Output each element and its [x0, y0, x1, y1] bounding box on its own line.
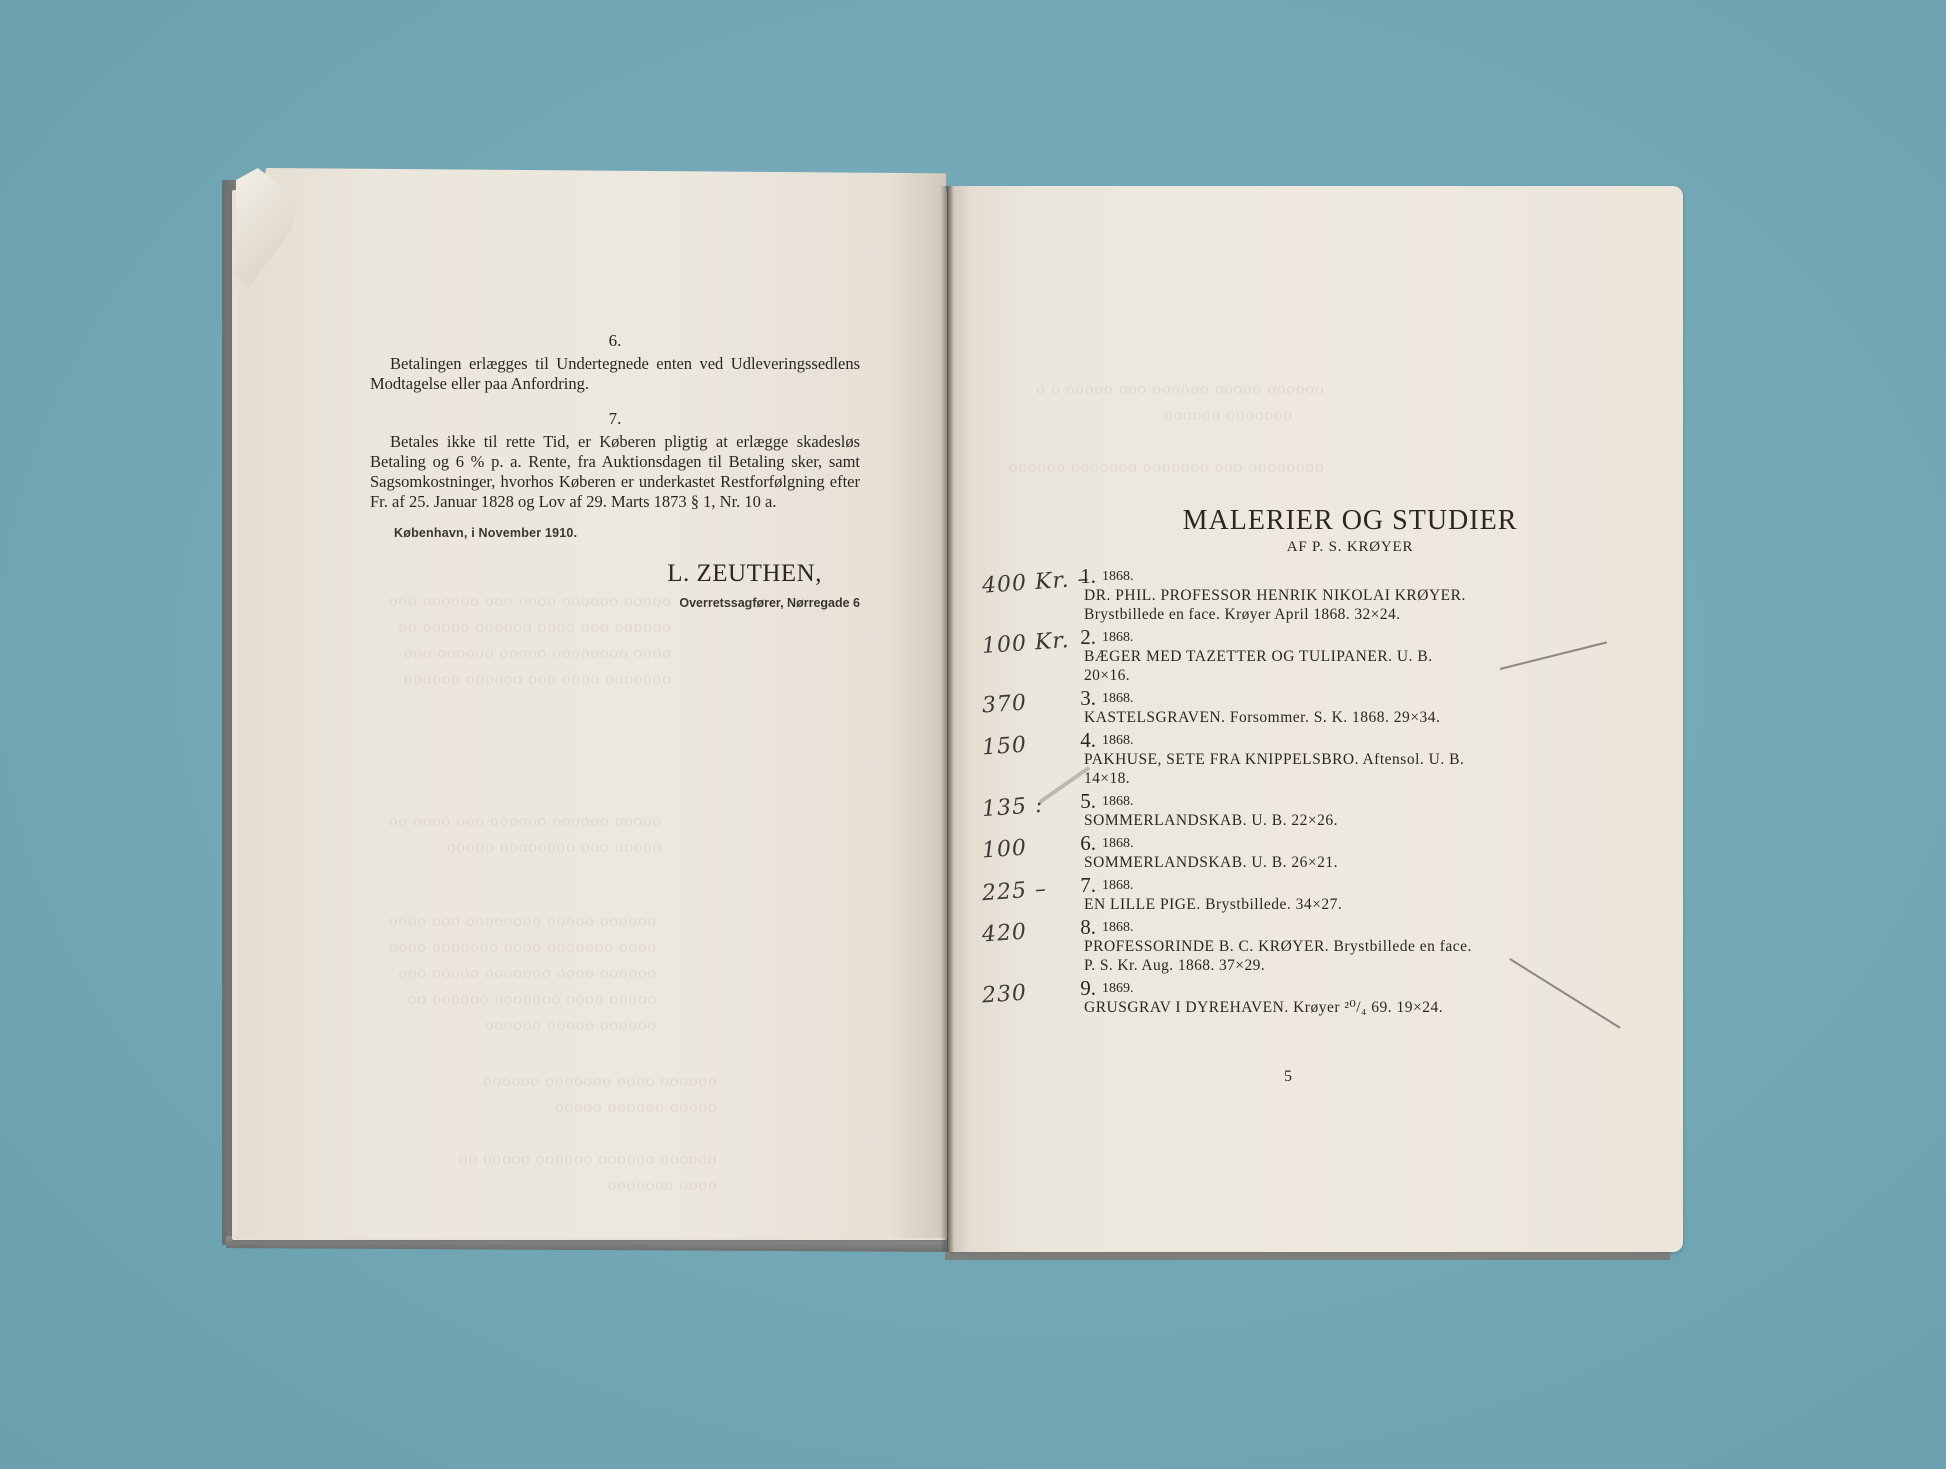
entry-number: 1.	[1060, 564, 1096, 589]
catalogue-entry: 3703.1868.KASTELSGRAVEN. Forsommer. S. K…	[1060, 690, 1580, 727]
catalogue-entry: 135 :5.1868.SOMMERLANDSKAB. U. B. 22×26.	[1060, 793, 1580, 830]
entry-detail: P. S. Kr. Aug. 1868. 37×29.	[1084, 956, 1580, 975]
section-paragraph: Betales ikke til rette Tid, er Køberen p…	[370, 432, 860, 512]
bleed-through-text: oooooo ooooo oooooo ooo ooooo o o oooooo…	[1008, 376, 1324, 480]
catalogue-subtitle: AF P. S. KRØYER	[1120, 539, 1580, 556]
catalogue-entry: 2309.1869.GRUSGRAV I DYREHAVEN. Krøyer ²…	[1060, 980, 1580, 1017]
catalogue-title: MALERIER OG STUDIER	[1120, 505, 1580, 537]
entry-title: PAKHUSE, SETE FRA KNIPPELSBRO. Aftensol.…	[1084, 750, 1580, 769]
catalogue-entry: 4208.1868.PROFESSORINDE B. C. KRØYER. Br…	[1060, 919, 1580, 975]
catalogue-entry: 1006.1868.SOMMERLANDSKAB. U. B. 26×21.	[1060, 835, 1580, 872]
entry-number: 3.	[1060, 686, 1096, 711]
entry-number: 7.	[1060, 873, 1096, 898]
handwritten-price: 150	[981, 732, 1028, 760]
bleed-through-text: oooooo oooo ooooooo oooooo ooooo oooooo …	[458, 1068, 717, 1198]
entry-year: 1868.	[1102, 629, 1580, 647]
section-number: 6.	[370, 330, 860, 352]
entry-title: BÆGER MED TAZETTER OG TULIPANER. U. B.	[1084, 647, 1580, 666]
entry-year: 1868.	[1102, 690, 1580, 708]
entry-detail: 14×18.	[1084, 769, 1580, 788]
signature-title: Overretssagfører, Nørregade 6	[370, 596, 860, 610]
handwritten-price: 100	[981, 835, 1028, 863]
handwritten-price: 135 :	[981, 793, 1044, 822]
entry-detail: Brystbillede en face. Krøyer April 1868.…	[1084, 605, 1580, 624]
entry-detail: 20×16.	[1084, 666, 1580, 685]
conditions-of-sale: 6. Betalingen erlægges til Undertegnede …	[370, 330, 860, 610]
section-number: 7.	[370, 408, 860, 430]
handwritten-price: 225 –	[981, 877, 1048, 906]
handwritten-price: 230	[981, 980, 1028, 1008]
entry-title: SOMMERLANDSKAB. U. B. 22×26.	[1084, 811, 1580, 830]
catalogue-entry: 225 –7.1868.EN LILLE PIGE. Brystbillede.…	[1060, 877, 1580, 914]
entry-title: DR. PHIL. PROFESSOR HENRIK NIKOLAI KRØYE…	[1084, 586, 1580, 605]
page-number: 5	[1284, 1068, 1292, 1086]
entry-title: EN LILLE PIGE. Brystbillede. 34×27.	[1084, 895, 1580, 914]
entry-number: 6.	[1060, 831, 1096, 856]
entry-year: 1869.	[1102, 980, 1580, 998]
entry-number: 2.	[1060, 625, 1096, 650]
entry-number: 4.	[1060, 728, 1096, 753]
entry-title: GRUSGRAV I DYREHAVEN. Krøyer ²⁰/₄ 69. 19…	[1084, 998, 1580, 1017]
handwritten-price: 420	[981, 919, 1028, 947]
entry-title: PROFESSORINDE B. C. KRØYER. Brystbillede…	[1084, 937, 1580, 956]
entry-year: 1868.	[1102, 835, 1580, 853]
open-auction-catalogue: ooooo oooooo oooo ooo oooooo ooo oooooo …	[0, 0, 1946, 1469]
entry-list: 400 Kr. –1.1868.DR. PHIL. PROFESSOR HENR…	[1060, 568, 1580, 1017]
bleed-through-text: oooooo ooooo oooooooo ooo oooo oooo oooo…	[388, 908, 656, 1038]
bleed-through-text: ooooo oooooo oooooo ooo oooo oo ooooo oo…	[388, 808, 661, 860]
entry-title: KASTELSGRAVEN. Forsommer. S. K. 1868. 29…	[1084, 708, 1580, 727]
entry-number: 9.	[1060, 976, 1096, 1001]
signature-name: L. ZEUTHEN,	[370, 560, 822, 588]
entry-title: SOMMERLANDSKAB. U. B. 26×21.	[1084, 853, 1580, 872]
entry-year: 1868.	[1102, 877, 1580, 895]
place-and-date: København, i November 1910.	[394, 526, 860, 540]
handwritten-price: 370	[981, 690, 1028, 718]
catalogue-entry: 400 Kr. –1.1868.DR. PHIL. PROFESSOR HENR…	[1060, 568, 1580, 624]
entry-year: 1868.	[1102, 919, 1580, 937]
entry-number: 8.	[1060, 915, 1096, 940]
left-page: ooooo oooooo oooo ooo oooooo ooo oooooo …	[238, 168, 946, 1238]
book-spine	[940, 186, 954, 1252]
entry-year: 1868.	[1102, 793, 1580, 811]
entry-year: 1868.	[1102, 732, 1580, 750]
catalogue-entry: 100 Kr.2.1868.BÆGER MED TAZETTER OG TULI…	[1060, 629, 1580, 685]
catalogue-entry: 1504.1868.PAKHUSE, SETE FRA KNIPPELSBRO.…	[1060, 732, 1580, 788]
catalogue-listing: MALERIER OG STUDIER AF P. S. KRØYER 400 …	[1060, 505, 1580, 1022]
entry-year: 1868.	[1102, 568, 1580, 586]
entry-number: 5.	[1060, 789, 1096, 814]
section-paragraph: Betalingen erlægges til Undertegnede ent…	[370, 354, 860, 394]
